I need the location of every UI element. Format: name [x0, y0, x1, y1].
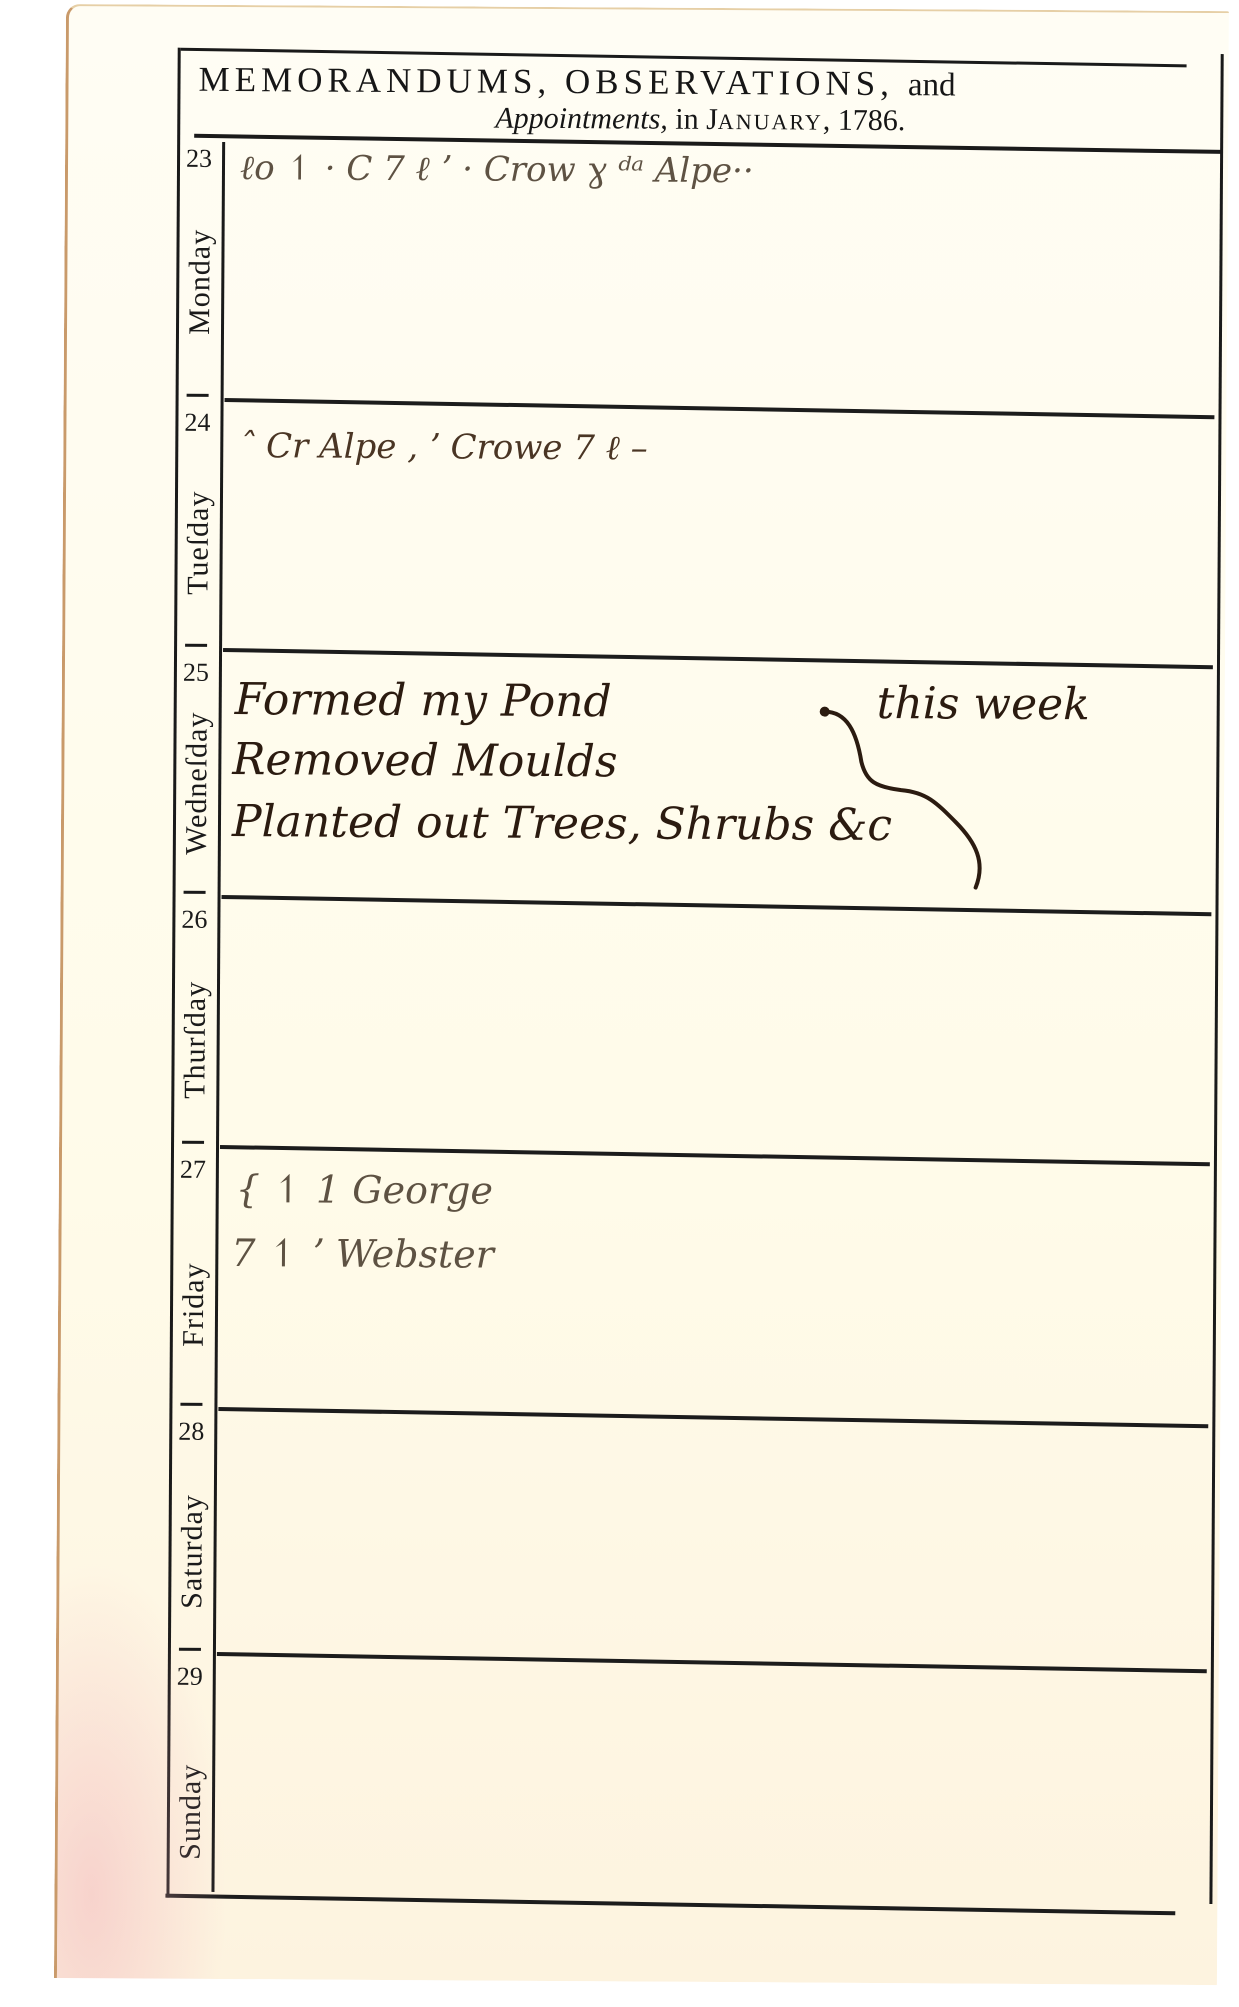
day-row-saturday: 28 Saturday — [171, 1407, 1212, 1658]
header-title-and: and — [908, 67, 956, 103]
header-subtitle: Appointments, in JANUARY, 1786. — [180, 100, 1220, 140]
weekday-label: Saturday — [175, 1457, 210, 1647]
weekday-label: Wedneſday — [180, 678, 215, 888]
tick-mark — [184, 891, 206, 894]
day-row-thursday: 26 Thurſday — [174, 895, 1216, 1151]
day-row-friday: 27 Friday { ↿ 1 George 7 ↿ ʼ Webster — [172, 1145, 1214, 1413]
day-row-sunday: 29 Sunday — [169, 1652, 1210, 1904]
tick-mark — [185, 644, 207, 647]
handwritten-entry: Removed Moulds — [232, 734, 617, 787]
day-number: 26 — [181, 905, 207, 935]
header-in: in — [675, 103, 699, 136]
weekday-label: Tueſday — [181, 448, 216, 638]
handwritten-entry: Formed my Pond — [235, 674, 612, 727]
handwritten-entry: ℓo ↿ · C 7 ℓ ʼ · Crow ɣ ᵈᵃ Alpe·· — [240, 148, 754, 191]
handwritten-entry: ˆ Cr Alpe , ʼ Crowe 7 ℓ – — [238, 426, 648, 469]
bracket-note: this week — [877, 678, 1090, 730]
handwritten-entry: { ↿ 1 George — [236, 1167, 493, 1213]
page-header: MEMORANDUMS, OBSERVATIONS,and Appointmen… — [180, 54, 1220, 144]
day-row-tuesday: 24 Tueſday ˆ Cr Alpe , ʼ Crowe 7 ℓ – — [177, 398, 1219, 654]
weekday-label: Monday — [183, 182, 218, 382]
day-number: 28 — [178, 1417, 204, 1447]
day-row-monday: 23 Monday ℓo ↿ · C 7 ℓ ʼ · Crow ɣ ᵈᵃ Alp… — [179, 142, 1221, 404]
day-row-wednesday: 25 Wedneſday Formed my Pond Removed Moul… — [176, 648, 1217, 901]
header-year: , 1786. — [823, 104, 906, 138]
day-number: 24 — [184, 408, 210, 438]
bottom-rule — [165, 1894, 1175, 1916]
tick-mark — [182, 1141, 204, 1144]
day-number: 23 — [186, 144, 212, 174]
day-number: 29 — [177, 1662, 203, 1692]
tick-mark — [180, 1403, 202, 1406]
header-month-rest: ANUARY — [718, 109, 823, 135]
header-appointments: Appointments, — [495, 102, 668, 136]
day-number: 27 — [180, 1155, 206, 1185]
weekday-label: Thurſday — [178, 945, 213, 1135]
weekday-label: Sunday — [173, 1732, 208, 1892]
page-frame: MEMORANDUMS, OBSERVATIONS,and Appointmen… — [166, 48, 1223, 1904]
header-title-main: MEMORANDUMS, OBSERVATIONS, — [198, 60, 894, 103]
weekday-label: Friday — [177, 1215, 212, 1395]
header-title: MEMORANDUMS, OBSERVATIONS,and — [198, 60, 1208, 106]
tick-mark — [187, 394, 209, 397]
tick-mark — [179, 1648, 201, 1651]
handwritten-entry: Planted out Trees, Shrubs &c — [232, 796, 892, 851]
header-month: JANUARY — [706, 103, 823, 137]
handwritten-entry: 7 ↿ ʼ Webster — [231, 1231, 494, 1277]
diary-page: MEMORANDUMS, OBSERVATIONS,and Appointmen… — [54, 4, 1229, 1985]
header-month-initial: J — [706, 103, 718, 136]
